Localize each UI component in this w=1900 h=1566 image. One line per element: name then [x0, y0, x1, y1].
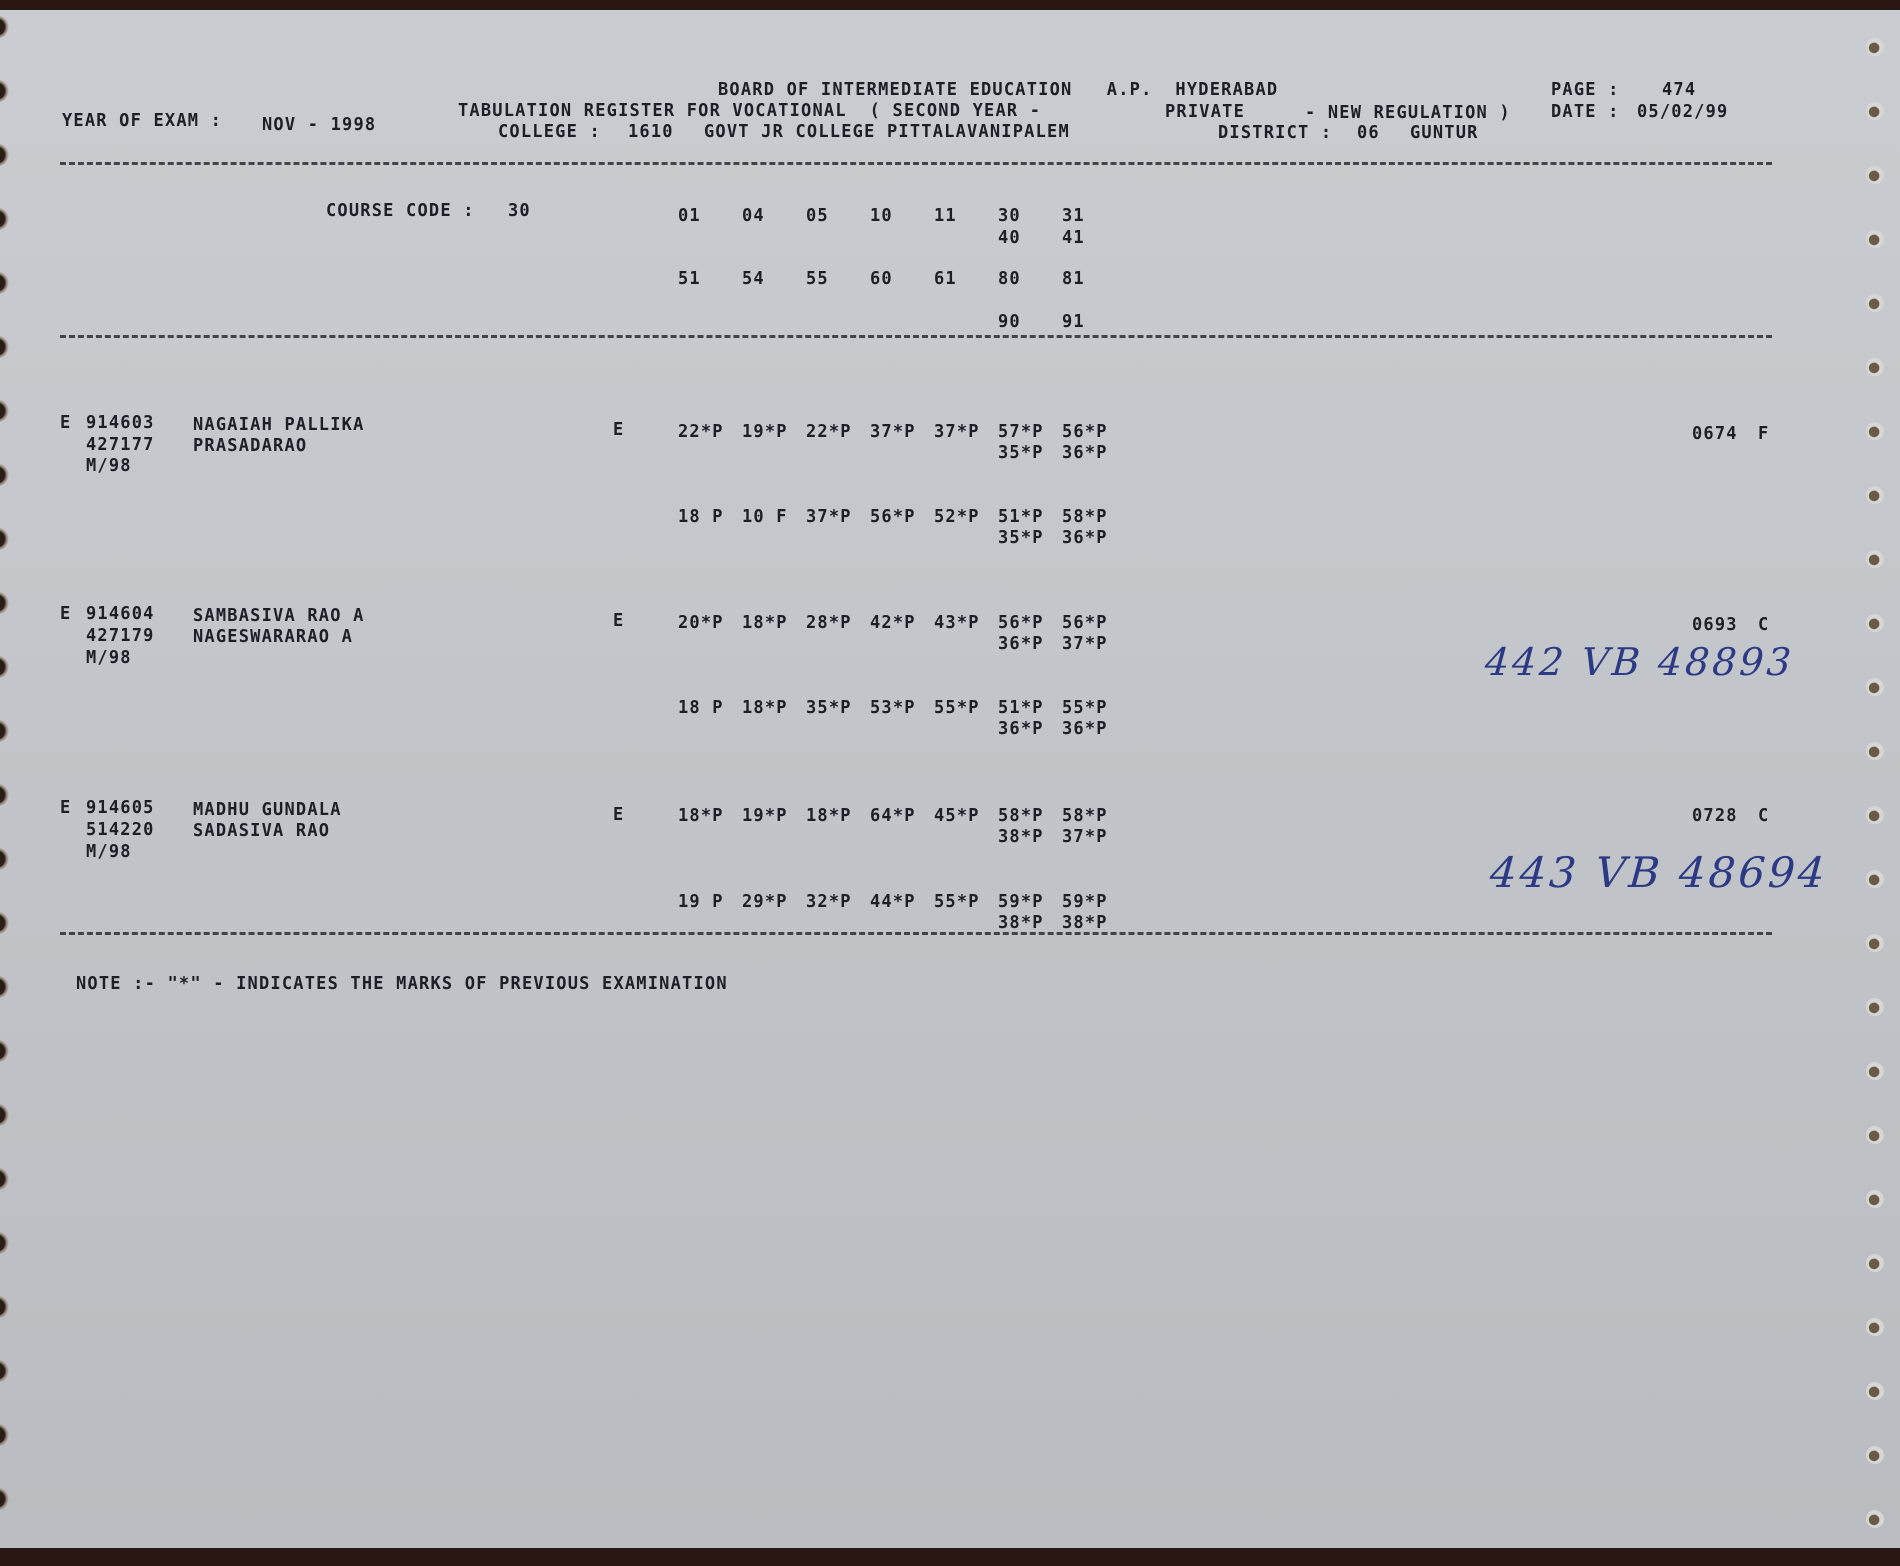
student-name: SAMBASIVA RAO A [193, 606, 365, 627]
subject-code: 60 [870, 269, 893, 290]
perforation-hole [1866, 742, 1884, 760]
mark: 38*P [998, 913, 1044, 934]
perforation-hole [1866, 486, 1884, 504]
subject-code: 05 [806, 206, 829, 227]
record-prefix: E [60, 604, 71, 625]
handwritten-annotation: 442 VB 48893 [1483, 640, 1795, 684]
subject-code: 91 [1062, 312, 1085, 333]
mark: 35*P [806, 698, 852, 719]
perforation-hole [0, 528, 10, 550]
mark: 32*P [806, 892, 852, 913]
mark: 51*P [998, 507, 1044, 528]
perforation-hole [0, 1360, 10, 1382]
perforation-hole [1866, 1254, 1884, 1272]
father-name: PRASADARAO [193, 436, 307, 457]
mark: 51*P [998, 698, 1044, 719]
subject-code: 04 [742, 206, 765, 227]
perforation-hole [0, 848, 10, 870]
register-title: TABULATION REGISTER FOR VOCATIONAL ( SEC… [458, 101, 1041, 122]
perforation-hole [0, 912, 10, 934]
subject-code: 51 [678, 269, 701, 290]
mark: 36*P [998, 634, 1044, 655]
mark: 18*P [742, 613, 788, 634]
district-code: 06 [1357, 123, 1380, 144]
mark: 35*P [998, 528, 1044, 549]
perforation-hole [0, 1168, 10, 1190]
perforation-hole [1866, 1382, 1884, 1400]
perforation-hole [0, 208, 10, 230]
mark: 36*P [1062, 528, 1108, 549]
perforation-hole [0, 1040, 10, 1062]
perforation-hole [0, 1424, 10, 1446]
perforation-hole [0, 784, 10, 806]
mark: 10 F [742, 507, 788, 528]
perforation-hole [1866, 422, 1884, 440]
total-marks: 0728 [1692, 806, 1738, 827]
mark: 56*P [1062, 613, 1108, 634]
perforation-hole [1866, 1510, 1884, 1528]
date-label: DATE : [1551, 102, 1620, 123]
total-marks: 0674 [1692, 424, 1738, 445]
subject-code: 01 [678, 206, 701, 227]
session: M/98 [86, 842, 132, 863]
mark: 37*P [870, 422, 916, 443]
record-prefix: E [60, 413, 71, 434]
registration-number: 514220 [86, 820, 155, 841]
mark: 58*P [998, 806, 1044, 827]
subject-code: 80 [998, 269, 1021, 290]
session: M/98 [86, 456, 132, 477]
result-code: C [1758, 615, 1769, 636]
mark: 55*P [1062, 698, 1108, 719]
mark: 53*P [870, 698, 916, 719]
perforation-hole [1866, 358, 1884, 376]
perforation-hole [0, 16, 10, 38]
mark: 38*P [1062, 913, 1108, 934]
mark: 36*P [1062, 719, 1108, 740]
course-code-label: COURSE CODE : [326, 201, 475, 222]
student-name: MADHU GUNDALA [193, 800, 342, 821]
mark: 37*P [806, 507, 852, 528]
hall-ticket-number: 914605 [86, 798, 155, 819]
subject-code: 55 [806, 269, 829, 290]
college-name: GOVT JR COLLEGE PITTALAVANIPALEM [704, 122, 1070, 143]
mark: 59*P [1062, 892, 1108, 913]
records-divider [60, 932, 1772, 935]
tabulation-register-sheet: BOARD OF INTERMEDIATE EDUCATION A.P. HYD… [0, 10, 1900, 1548]
total-marks: 0693 [1692, 615, 1738, 636]
handwritten-annotation: 443 VB 48694 [1488, 848, 1829, 897]
mark: 52*P [934, 507, 980, 528]
subject-code: 54 [742, 269, 765, 290]
course-divider [60, 335, 1772, 338]
medium: E [613, 805, 624, 826]
mark: 22*P [678, 422, 724, 443]
subject-code: 81 [1062, 269, 1085, 290]
subject-code: 90 [998, 312, 1021, 333]
perforation-hole [1866, 166, 1884, 184]
father-name: NAGESWARARAO A [193, 627, 353, 648]
mark: 59*P [998, 892, 1044, 913]
student-name: NAGAIAH PALLIKA [193, 415, 365, 436]
mark: 64*P [870, 806, 916, 827]
mark: 20*P [678, 613, 724, 634]
mark: 18*P [678, 806, 724, 827]
year-of-exam-label: YEAR OF EXAM : [62, 111, 222, 132]
perforation-hole [0, 656, 10, 678]
mark: 45*P [934, 806, 980, 827]
subject-code: 40 [998, 228, 1021, 249]
perforation-hole [0, 1104, 10, 1126]
mark: 18 P [678, 507, 724, 528]
perforation-hole [1866, 1318, 1884, 1336]
hall-ticket-number: 914603 [86, 413, 155, 434]
year-of-exam-value: NOV - 1998 [262, 115, 376, 136]
subject-code: 31 [1062, 206, 1085, 227]
perforation-hole [1866, 230, 1884, 248]
result-code: F [1758, 424, 1769, 445]
mark: 37*P [934, 422, 980, 443]
medium: E [613, 611, 624, 632]
mark: 56*P [1062, 422, 1108, 443]
mark: 58*P [1062, 507, 1108, 528]
mark: 37*P [1062, 827, 1108, 848]
medium: E [613, 420, 624, 441]
perforation-hole [1866, 1062, 1884, 1080]
mark: 22*P [806, 422, 852, 443]
mark: 29*P [742, 892, 788, 913]
mark: 55*P [934, 698, 980, 719]
subject-code: 10 [870, 206, 893, 227]
perforation-hole [1866, 1126, 1884, 1144]
perforation-hole [0, 272, 10, 294]
mark: 37*P [1062, 634, 1108, 655]
district-label: DISTRICT : [1218, 123, 1332, 144]
mark: 19 P [678, 892, 724, 913]
regulation: - NEW REGULATION ) [1305, 103, 1511, 124]
perforation-hole [1866, 870, 1884, 888]
perforation-hole [0, 464, 10, 486]
mark: 56*P [870, 507, 916, 528]
mark: 56*P [998, 613, 1044, 634]
perforation-hole [1866, 614, 1884, 632]
mark: 36*P [1062, 443, 1108, 464]
footnote: NOTE :- "*" - INDICATES THE MARKS OF PRE… [76, 974, 728, 995]
subject-code: 11 [934, 206, 957, 227]
perforation-hole [0, 1488, 10, 1510]
mark: 55*P [934, 892, 980, 913]
mark: 42*P [870, 613, 916, 634]
perforation-hole [1866, 998, 1884, 1016]
perforation-hole [0, 400, 10, 422]
hall-ticket-number: 914604 [86, 604, 155, 625]
subject-code: 61 [934, 269, 957, 290]
mark: 58*P [1062, 806, 1108, 827]
mark: 35*P [998, 443, 1044, 464]
mark: 38*P [998, 827, 1044, 848]
session: M/98 [86, 648, 132, 669]
mark: 18 P [678, 698, 724, 719]
perforation-hole [1866, 934, 1884, 952]
result-code: C [1758, 806, 1769, 827]
father-name: SADASIVA RAO [193, 821, 330, 842]
perforation-hole [0, 592, 10, 614]
mark: 19*P [742, 422, 788, 443]
header-divider [60, 162, 1772, 165]
perforation-hole [1866, 806, 1884, 824]
mark: 57*P [998, 422, 1044, 443]
perforation-hole [1866, 678, 1884, 696]
perforation-hole [0, 1232, 10, 1254]
date-value: 05/02/99 [1637, 102, 1728, 123]
mark: 28*P [806, 613, 852, 634]
subject-code: 41 [1062, 228, 1085, 249]
mark: 43*P [934, 613, 980, 634]
perforation-hole [0, 336, 10, 358]
mark: 44*P [870, 892, 916, 913]
perforation-hole [0, 144, 10, 166]
perforation-hole [0, 1296, 10, 1318]
perforation-hole [0, 80, 10, 102]
perforation-hole [1866, 102, 1884, 120]
perforation-hole [1866, 1190, 1884, 1208]
district-name: GUNTUR [1410, 123, 1479, 144]
mark: 18*P [806, 806, 852, 827]
perforation-hole [1866, 38, 1884, 56]
category: PRIVATE [1165, 102, 1245, 123]
mark: 36*P [998, 719, 1044, 740]
course-code-value: 30 [508, 201, 531, 222]
registration-number: 427179 [86, 626, 155, 647]
perforation-hole [0, 720, 10, 742]
perforation-hole [0, 976, 10, 998]
page-label: PAGE : [1551, 80, 1620, 101]
record-prefix: E [60, 798, 71, 819]
college-label: COLLEGE : [498, 122, 601, 143]
subject-code: 30 [998, 206, 1021, 227]
college-code: 1610 [628, 122, 674, 143]
mark: 18*P [742, 698, 788, 719]
perforation-hole [1866, 294, 1884, 312]
registration-number: 427177 [86, 435, 155, 456]
perforation-hole [1866, 1446, 1884, 1464]
perforation-hole [1866, 550, 1884, 568]
mark: 19*P [742, 806, 788, 827]
page-number: 474 [1662, 80, 1696, 101]
board-title: BOARD OF INTERMEDIATE EDUCATION A.P. HYD… [718, 80, 1278, 101]
